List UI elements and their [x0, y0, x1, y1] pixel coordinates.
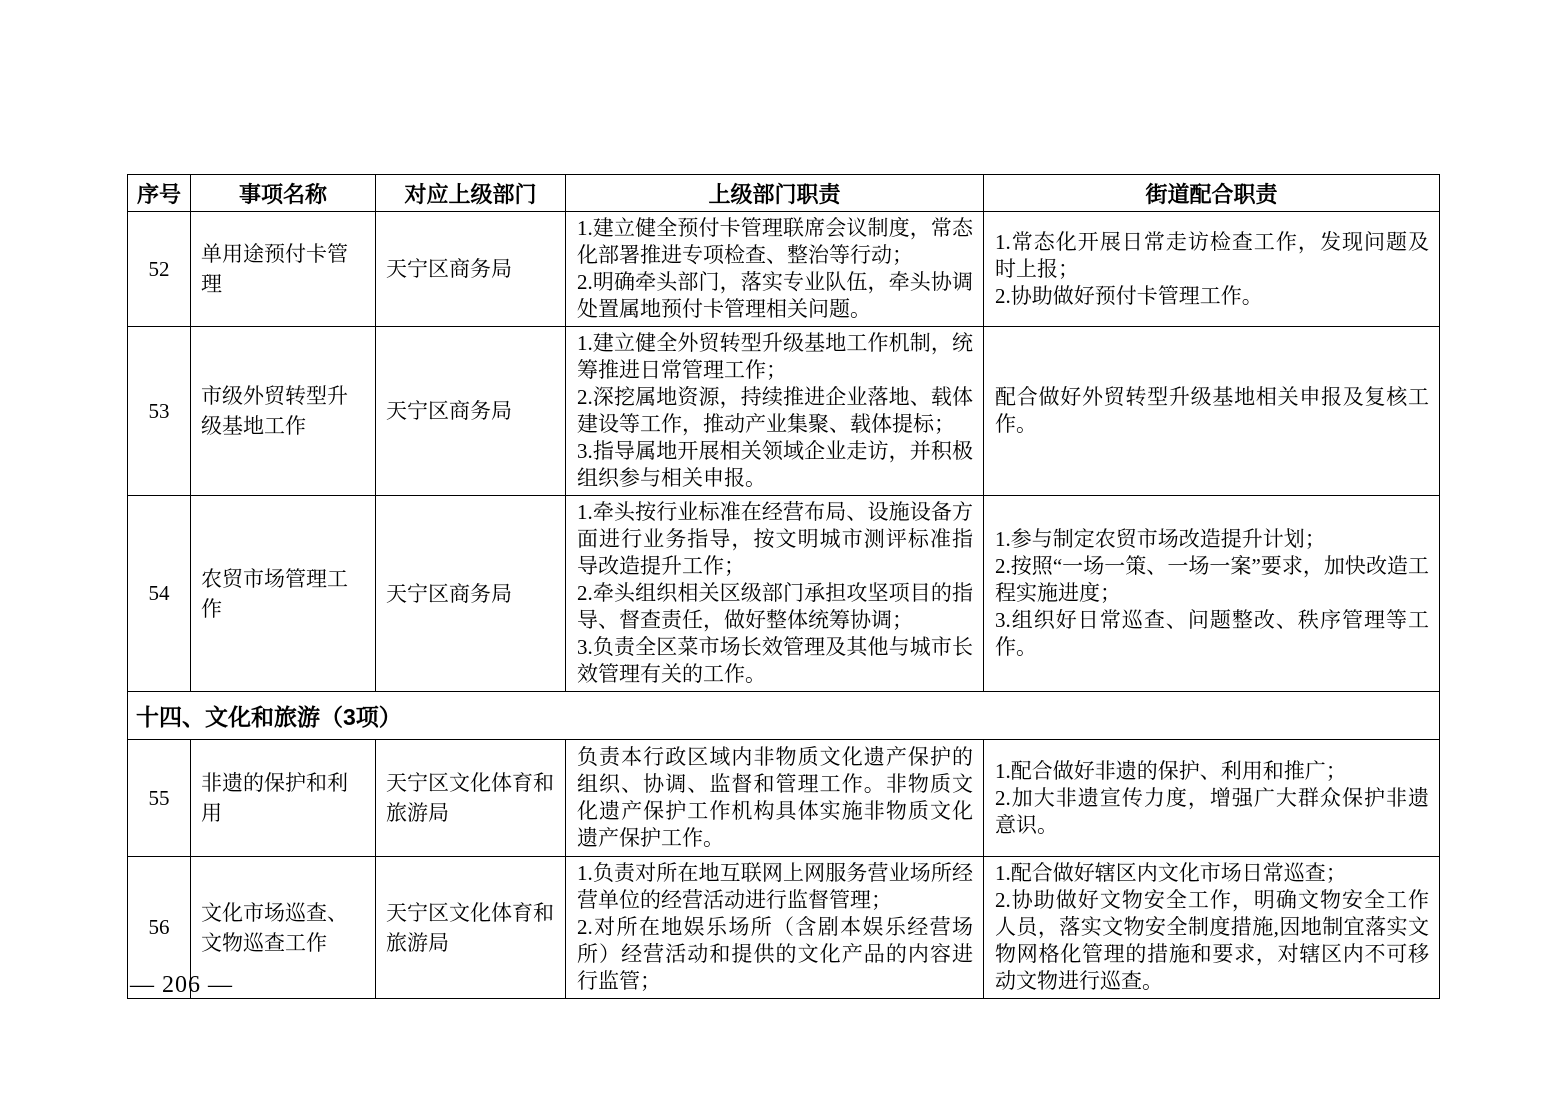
duty-line: 1.建立健全外贸转型升级基地工作机制，统筹推进日常管理工作； [577, 330, 973, 384]
duty-line: 2.协助做好文物安全工作，明确文物安全工作人员，落实文物安全制度措施,因地制宜落… [995, 887, 1429, 995]
cell-upper-duties: 1.建立健全预付卡管理联席会议制度，常态化部署推进专项检查、整治等行动； 2.明… [566, 212, 984, 327]
cell-upper-dept: 天宁区文化体育和旅游局 [376, 857, 566, 999]
duty-line: 1.配合做好非遗的保护、利用和推广； [995, 758, 1429, 785]
cell-street-duties: 1.配合做好非遗的保护、利用和推广； 2.加大非遗宣传力度，增强广大群众保护非遗… [984, 740, 1440, 857]
cell-street-duties: 1.配合做好辖区内文化市场日常巡查； 2.协助做好文物安全工作，明确文物安全工作… [984, 857, 1440, 999]
cell-street-duties: 1.常态化开展日常走访检查工作，发现问题及时上报； 2.协助做好预付卡管理工作。 [984, 212, 1440, 327]
duty-line: 1.牵头按行业标准在经营布局、设施设备方面进行业务指导，按文明城市测评标准指导改… [577, 499, 973, 580]
duty-line: 1.常态化开展日常走访检查工作，发现问题及时上报； [995, 229, 1429, 283]
duty-line: 负责本行政区域内非物质文化遗产保护的组织、协调、监督和管理工作。非物质文化遗产保… [577, 744, 973, 852]
cell-item-name: 市级外贸转型升级基地工作 [191, 327, 376, 496]
section-header-row: 十四、文化和旅游（3项） [128, 692, 1440, 740]
duty-line: 配合做好外贸转型升级基地相关申报及复核工作。 [995, 384, 1429, 438]
table-row: 52 单用途预付卡管理 天宁区商务局 1.建立健全预付卡管理联席会议制度，常态化… [128, 212, 1440, 327]
cell-upper-duties: 1.负责对所在地互联网上网服务营业场所经营单位的经营活动进行监督管理； 2.对所… [566, 857, 984, 999]
cell-upper-duties: 1.建立健全外贸转型升级基地工作机制，统筹推进日常管理工作； 2.深挖属地资源，… [566, 327, 984, 496]
cell-index: 55 [128, 740, 191, 857]
section-title: 十四、文化和旅游（3项） [128, 692, 1440, 740]
table-row: 54 农贸市场管理工作 天宁区商务局 1.牵头按行业标准在经营布局、设施设备方面… [128, 496, 1440, 692]
duty-line: 2.明确牵头部门，落实专业队伍，牵头协调处置属地预付卡管理相关问题。 [577, 269, 973, 323]
cell-index: 54 [128, 496, 191, 692]
duty-line: 2.牵头组织相关区级部门承担攻坚项目的指导、督查责任，做好整体统筹协调； [577, 580, 973, 634]
cell-street-duties: 1.参与制定农贸市场改造提升计划； 2.按照“一场一策、一场一案”要求，加快改造… [984, 496, 1440, 692]
duty-line: 1.参与制定农贸市场改造提升计划； [995, 526, 1429, 553]
column-header-upper-duties: 上级部门职责 [566, 175, 984, 212]
duty-line: 1.配合做好辖区内文化市场日常巡查； [995, 860, 1429, 887]
duty-line: 3.指导属地开展相关领域企业走访，并积极组织参与相关申报。 [577, 438, 973, 492]
duty-line: 1.负责对所在地互联网上网服务营业场所经营单位的经营活动进行监督管理； [577, 860, 973, 914]
cell-upper-dept: 天宁区商务局 [376, 327, 566, 496]
duty-line: 3.组织好日常巡查、问题整改、秩序管理等工作。 [995, 607, 1429, 661]
duty-line: 3.负责全区菜市场长效管理及其他与城市长效管理有关的工作。 [577, 634, 973, 688]
duty-line: 2.加大非遗宣传力度，增强广大群众保护非遗意识。 [995, 785, 1429, 839]
duty-line: 2.按照“一场一策、一场一案”要求，加快改造工程实施进度； [995, 553, 1429, 607]
column-header-street-duties: 街道配合职责 [984, 175, 1440, 212]
cell-upper-duties: 1.牵头按行业标准在经营布局、设施设备方面进行业务指导，按文明城市测评标准指导改… [566, 496, 984, 692]
cell-upper-duties: 负责本行政区域内非物质文化遗产保护的组织、协调、监督和管理工作。非物质文化遗产保… [566, 740, 984, 857]
document-page: 序号 事项名称 对应上级部门 上级部门职责 街道配合职责 52 单用途预付卡管理… [0, 0, 1559, 1102]
duty-line: 1.建立健全预付卡管理联席会议制度，常态化部署推进专项检查、整治等行动； [577, 215, 973, 269]
cell-index: 52 [128, 212, 191, 327]
cell-upper-dept: 天宁区商务局 [376, 496, 566, 692]
column-header-upper-dept: 对应上级部门 [376, 175, 566, 212]
table-header-row: 序号 事项名称 对应上级部门 上级部门职责 街道配合职责 [128, 175, 1440, 212]
table-row: 56 文化市场巡查、文物巡查工作 天宁区文化体育和旅游局 1.负责对所在地互联网… [128, 857, 1440, 999]
cell-item-name: 非遗的保护和利用 [191, 740, 376, 857]
cell-item-name: 单用途预付卡管理 [191, 212, 376, 327]
table-row: 55 非遗的保护和利用 天宁区文化体育和旅游局 负责本行政区域内非物质文化遗产保… [128, 740, 1440, 857]
table-row: 53 市级外贸转型升级基地工作 天宁区商务局 1.建立健全外贸转型升级基地工作机… [128, 327, 1440, 496]
duty-table: 序号 事项名称 对应上级部门 上级部门职责 街道配合职责 52 单用途预付卡管理… [127, 174, 1440, 999]
cell-street-duties: 配合做好外贸转型升级基地相关申报及复核工作。 [984, 327, 1440, 496]
duty-line: 2.协助做好预付卡管理工作。 [995, 283, 1429, 310]
duty-line: 2.深挖属地资源，持续推进企业落地、载体建设等工作，推动产业集聚、载体提标； [577, 384, 973, 438]
duty-line: 2.对所在地娱乐场所（含剧本娱乐经营场所）经营活动和提供的文化产品的内容进行监管… [577, 914, 973, 995]
cell-index: 53 [128, 327, 191, 496]
cell-item-name: 农贸市场管理工作 [191, 496, 376, 692]
cell-upper-dept: 天宁区文化体育和旅游局 [376, 740, 566, 857]
column-header-item-name: 事项名称 [191, 175, 376, 212]
page-number: — 206 — [130, 972, 233, 999]
cell-upper-dept: 天宁区商务局 [376, 212, 566, 327]
column-header-index: 序号 [128, 175, 191, 212]
